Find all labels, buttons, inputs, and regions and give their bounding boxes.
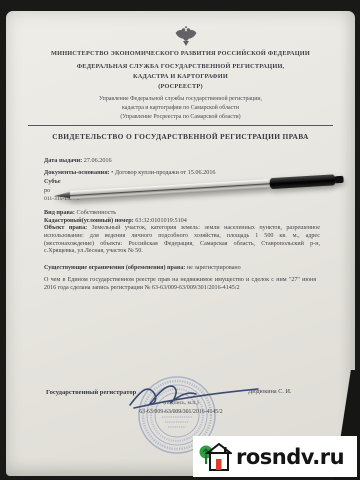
- cadastral-value: 63:32:0101019:5104: [135, 217, 187, 224]
- header-divider: [28, 125, 333, 126]
- registrar-signature: [124, 377, 264, 413]
- certificate-paper: МИНИСТЕРСТВО ЭКОНОМИЧЕСКОГО РАЗВИТИЯ РОС…: [6, 11, 355, 476]
- issue-date-row: Дата выдачи: 27.06.2016: [44, 157, 317, 164]
- subject-fragment-2: ро: [44, 187, 50, 194]
- registrar-number: 63-63/009-63/009/301/2016-4145/2: [96, 409, 266, 415]
- office-name-line1: Управление Федеральной службы государств…: [6, 96, 355, 102]
- office-name-line2: кадастра и картографии по Самарской обла…: [6, 105, 355, 111]
- basis-row: Документы-основания: • Договор купли-про…: [44, 169, 317, 176]
- service-name-line1: ФЕДЕРАЛЬНАЯ СЛУЖБА ГОСУДАРСТВЕННОЙ РЕГИС…: [6, 63, 355, 70]
- issue-date-value: 27.06.2016: [84, 157, 112, 164]
- issue-date-label: Дата выдачи:: [44, 157, 82, 164]
- registrar-label: Государственный регистратор: [46, 389, 136, 396]
- object-label: Объект права:: [44, 225, 87, 231]
- subject-fragment-1: Субъе: [44, 178, 61, 185]
- service-name-line3: (РОСРЕЕСТР): [6, 83, 355, 90]
- office-name-line3: (Управление Росреестра по Самарской обла…: [6, 114, 355, 120]
- restrictions-label: Существующие ограничения (обременения) п…: [44, 265, 185, 271]
- coat-of-arms-icon: [174, 25, 198, 47]
- object-paragraph: Объект права: Земельный участок, категор…: [44, 225, 320, 256]
- restrictions-value: не зарегистрировано: [187, 265, 241, 271]
- signature-note: (подпись, м.п.): [131, 400, 231, 406]
- ministry-name: МИНИСТЕРСТВО ЭКОНОМИЧЕСКОГО РАЗВИТИЯ РОС…: [6, 50, 355, 57]
- right-type-row: Вид права: Собственность: [44, 209, 317, 216]
- tree-house-logo-icon: [198, 441, 232, 473]
- certificate-title: СВИДЕТЕЛЬСТВО О ГОСУДАРСТВЕННОЙ РЕГИСТРА…: [6, 132, 355, 141]
- watermark-badge: rosndv.ru: [193, 436, 357, 477]
- right-type-value: Собственность: [77, 209, 117, 216]
- restrictions-paragraph: Существующие ограничения (обременения) п…: [44, 265, 320, 273]
- service-name-line2: КАДАСТРА И КАРТОГРАФИИ: [6, 73, 355, 80]
- basis-label: Документы-основания:: [44, 169, 110, 176]
- cadastral-row: Кадастровый(условный) номер: 63:32:01010…: [44, 217, 317, 224]
- cadastral-label: Кадастровый(условный) номер:: [44, 217, 134, 224]
- basis-value: • Договор купли-продажи от 15.06.2016: [111, 169, 215, 176]
- registry-record: О чем в Едином государственном реестре п…: [44, 277, 316, 293]
- right-type-label: Вид права:: [44, 209, 75, 216]
- document-photo: МИНИСТЕРСТВО ЭКОНОМИЧЕСКОГО РАЗВИТИЯ РОС…: [0, 0, 360, 480]
- pen-tip: [54, 192, 70, 199]
- watermark-site-text: rosndv.ru: [236, 445, 344, 469]
